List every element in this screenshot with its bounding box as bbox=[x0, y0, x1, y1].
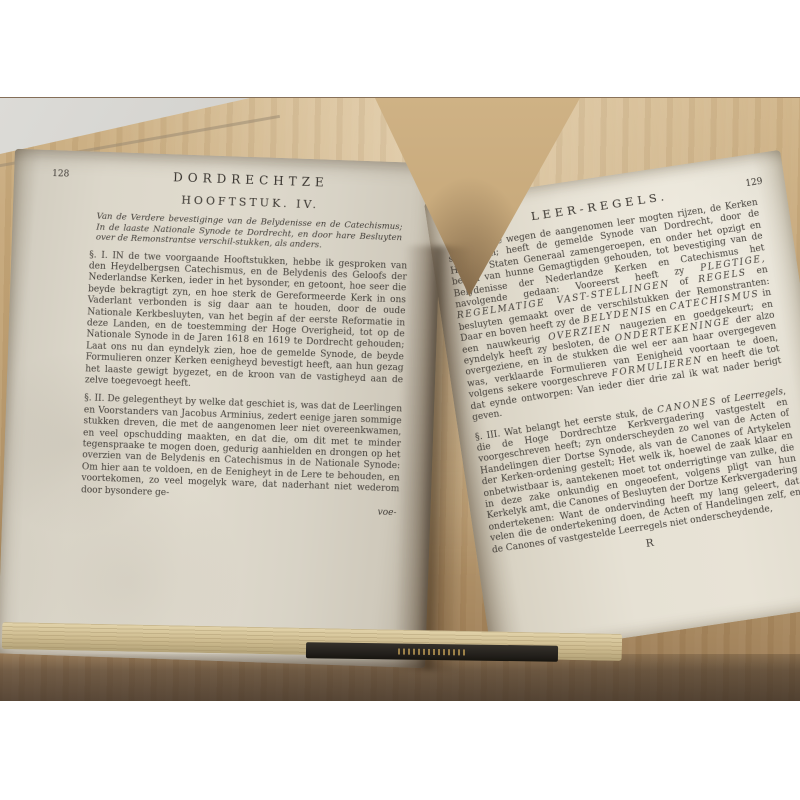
paragraph: §. II. De gelegentheyt by welke dat gesc… bbox=[81, 394, 402, 508]
paragraph: §. I. IN de twe voorgaande Hooftstukken,… bbox=[85, 250, 408, 398]
left-page-number: 128 bbox=[52, 169, 70, 180]
left-page: 128 DORDRECHTZE HOOFTSTUK. IV. Van de Ve… bbox=[0, 149, 443, 669]
left-page-header: 128 DORDRECHTZE bbox=[92, 167, 410, 192]
chapter-summary: Van de Verdere bevestiginge van de Belyd… bbox=[96, 212, 403, 254]
book-photograph: 128 DORDRECHTZE HOOFTSTUK. IV. Van de Ve… bbox=[0, 97, 800, 701]
left-page-text-block: 128 DORDRECHTZE HOOFTSTUK. IV. Van de Ve… bbox=[80, 167, 410, 518]
right-page-number: 129 bbox=[745, 177, 763, 189]
chapter-heading: HOOFTSTUK. IV. bbox=[91, 190, 409, 214]
gutter-shadow bbox=[392, 245, 471, 671]
spine-gold-lettering bbox=[398, 649, 468, 656]
left-running-title: DORDRECHTZE bbox=[92, 167, 410, 192]
